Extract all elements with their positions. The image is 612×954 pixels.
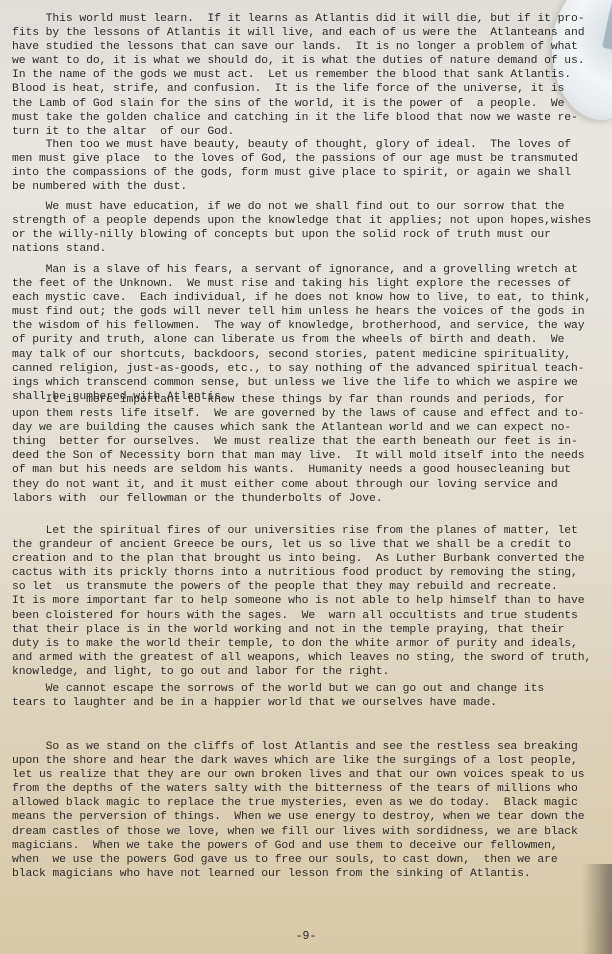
text-line: men must give place to the loves of God,…	[12, 152, 578, 166]
text-line: So as we stand on the cliffs of lost Atl…	[12, 740, 585, 754]
text-line: upon them rests life itself. We are gove…	[12, 407, 585, 421]
text-line: each mystic cave. Each individual, if he…	[12, 291, 591, 305]
text-line: In the name of the gods we must act. Let…	[12, 68, 585, 82]
text-line: upon the shore and hear the dark waves w…	[12, 754, 585, 768]
text-line: knowledge, and light, to go out and labo…	[12, 665, 591, 679]
text-line: Man is a slave of his fears, a servant o…	[12, 263, 591, 277]
text-line: fits by the lessons of Atlantis it will …	[12, 26, 585, 40]
text-line: Blood is heat, strife, and confusion. It…	[12, 82, 585, 96]
text-line: when we use the powers God gave us to fr…	[12, 853, 585, 867]
text-line: labors with our fellowman or the thunder…	[12, 492, 585, 506]
text-line: so let us transmute the powers of the pe…	[12, 580, 591, 594]
text-line: the Lamb of God slain for the sins of th…	[12, 97, 585, 111]
text-line: let us realize that they are our own bro…	[12, 768, 585, 782]
text-line: ings which transcend common sense, but u…	[12, 376, 591, 390]
typewritten-page: This world must learn. If it learns as A…	[0, 0, 612, 954]
text-line: cactus with its prickly thorns into a nu…	[12, 566, 591, 580]
text-line: the grandeur of ancient Greece be ours, …	[12, 538, 591, 552]
text-line: Let the spiritual fires of our universit…	[12, 524, 591, 538]
text-line: deed the Son of Necessity born that man …	[12, 449, 585, 463]
text-line: We cannot escape the sorrows of the worl…	[12, 682, 544, 696]
paragraph: We cannot escape the sorrows of the worl…	[12, 682, 544, 710]
text-line: the feet of the Unknown. We must rise an…	[12, 277, 591, 291]
text-line: have studied the lessons that can save o…	[12, 40, 585, 54]
text-line: must take the golden chalice and catchin…	[12, 111, 585, 125]
paragraph: So as we stand on the cliffs of lost Atl…	[12, 740, 585, 881]
paragraph: Then too we must have beauty, beauty of …	[12, 138, 578, 194]
text-line: dream castles of those we love, when we …	[12, 825, 585, 839]
page-number: -9-	[0, 930, 612, 943]
text-line: tears to laughter and be in a happier wo…	[12, 696, 544, 710]
text-line: from the depths of the waters salty with…	[12, 782, 585, 796]
text-line: be numbered with the dust.	[12, 180, 578, 194]
text-line: It is more important far to help someone…	[12, 594, 591, 608]
text-line: thing better for ourselves. We must real…	[12, 435, 585, 449]
text-line: black magicians who have not learned our…	[12, 867, 585, 881]
text-line: nations stand.	[12, 242, 591, 256]
text-line: or the willy-nilly blowing of concepts b…	[12, 228, 591, 242]
text-line: allowed black magic to replace the true …	[12, 796, 585, 810]
text-line: of purity and truth, alone can liberate …	[12, 333, 591, 347]
text-line: must find out; the gods will never tell …	[12, 305, 591, 319]
text-line: strength of a people depends upon the kn…	[12, 214, 591, 228]
paragraph: Man is a slave of his fears, a servant o…	[12, 263, 591, 404]
text-line: into the compassions of the gods, form m…	[12, 166, 578, 180]
text-line: that their place is in the world working…	[12, 623, 591, 637]
text-line: This world must learn. If it learns as A…	[12, 12, 585, 26]
text-line: they do not want it, and it must either …	[12, 478, 585, 492]
text-line: been cloistered for hours with the sages…	[12, 609, 591, 623]
paragraph: We must have education, if we do not we …	[12, 200, 591, 256]
text-line: We must have education, if we do not we …	[12, 200, 591, 214]
paragraph: It is more important to know these thing…	[12, 393, 585, 506]
text-line: It is more important to know these thing…	[12, 393, 585, 407]
text-line: creation and to the plan that brought us…	[12, 552, 591, 566]
text-line: turn it to the altar of our God.	[12, 125, 585, 139]
text-line: duty is to make the world their temple, …	[12, 637, 591, 651]
text-line: canned religion, just-as-goods, etc., to…	[12, 362, 591, 376]
paragraph: Let the spiritual fires of our universit…	[12, 524, 591, 679]
text-line: magicians. When we take the powers of Go…	[12, 839, 585, 853]
text-line: Then too we must have beauty, beauty of …	[12, 138, 578, 152]
text-line: the wisdom of his fellowmen. The way of …	[12, 319, 591, 333]
text-line: may talk of our shortcuts, backdoors, se…	[12, 348, 591, 362]
text-line: and armed with the greatest of all weapo…	[12, 651, 591, 665]
paragraph: This world must learn. If it learns as A…	[12, 12, 585, 139]
text-line: of man but his needs are seldom his want…	[12, 463, 585, 477]
text-line: we want to do, it is what we should do, …	[12, 54, 585, 68]
text-line: day we are building the causes which san…	[12, 421, 585, 435]
text-line: means the perversion of things. When we …	[12, 810, 585, 824]
